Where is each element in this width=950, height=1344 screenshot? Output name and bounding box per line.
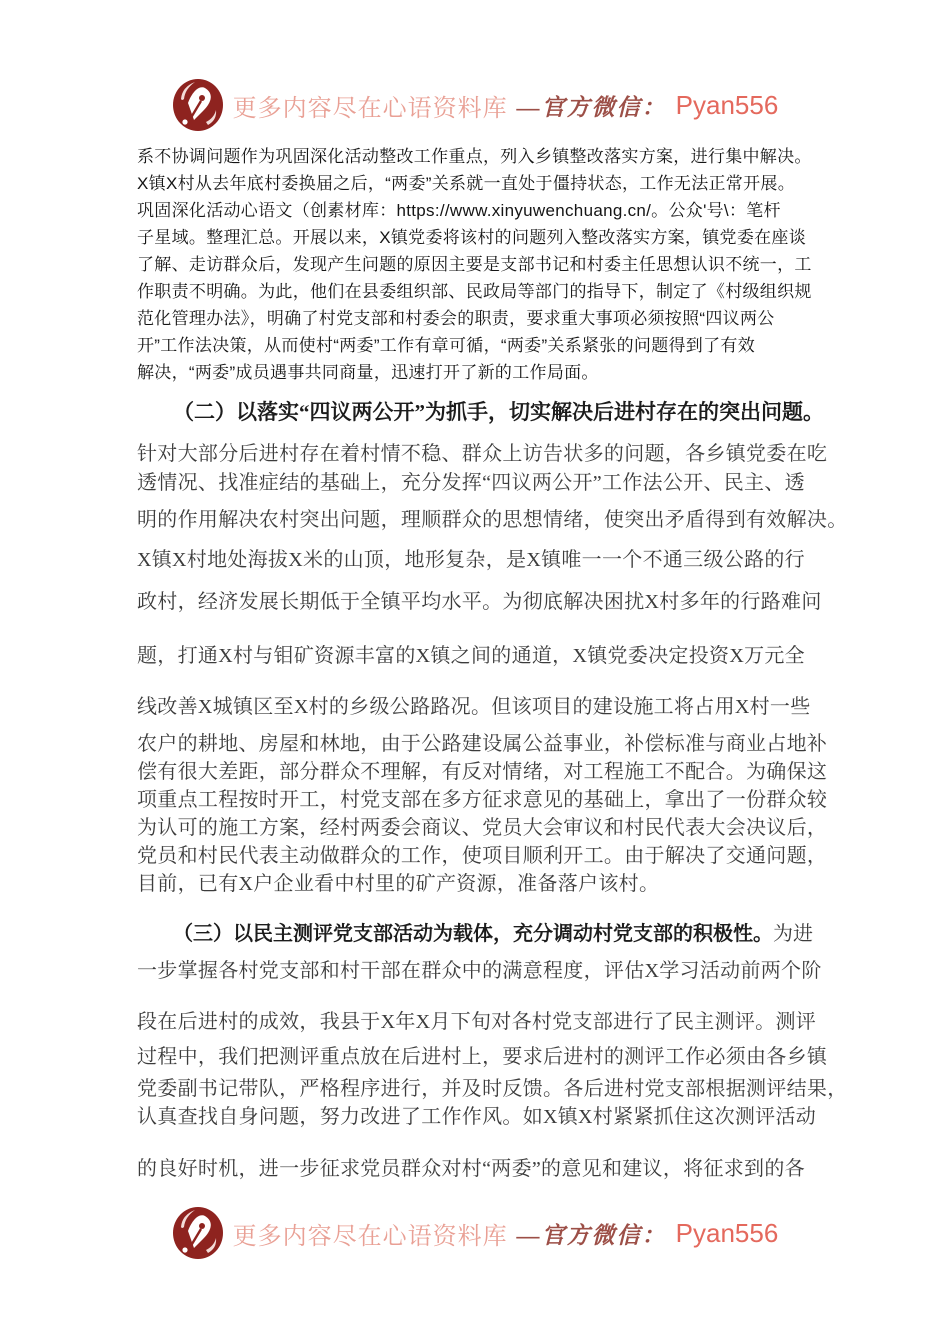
brand-wechat-id: Pyan556 xyxy=(676,1218,779,1249)
pen-nib-logo-icon xyxy=(172,1206,224,1260)
text-line: 一步掌握各村党支部和村干部在群众中的满意程度，评估X学习活动前两个阶 xyxy=(137,957,825,985)
paragraph-2: 针对大部分后进村存在着村情不稳、群众上访告状多的问题，各乡镇党委在吃透情况、找准… xyxy=(137,440,825,898)
text-line: 认真查找自身问题，努力改进了工作作风。如X镇X村紧紧抓住这次测评活动 xyxy=(137,1103,825,1131)
section-heading-3: （三）以民主测评党支部活动为载体，充分调动村党支部的积极性。 xyxy=(173,923,773,945)
text-line: 为认可的施工方案，经村两委会商议、党员大会审议和村民代表大会决议后， xyxy=(137,814,825,842)
text-line: 针对大部分后进村存在着村情不稳、群众上访告状多的问题，各乡镇党委在吃 xyxy=(137,440,825,468)
paragraph-1: 系不协调问题作为巩固深化活动整改工作重点，列入乡镇整改落实方案，进行集中解决。X… xyxy=(137,143,825,386)
text-line: 了解、走访群众后，发现产生问题的原因主要是支部书记和村委主任思想认识不统一，工 xyxy=(137,251,825,278)
brand-wechat-id: Pyan556 xyxy=(676,90,779,121)
header-brand-bar: 更多内容尽在心语资料库 —官方微信： Pyan556 xyxy=(0,76,950,134)
text-line: 党委副书记带队，严格程序进行，并及时反馈。各后进村党支部根据测评结果， xyxy=(137,1075,825,1103)
text-line: 明的作用解决农村突出问题，理顺群众的思想情绪，使突出矛盾得到有效解决。 xyxy=(137,506,825,534)
paragraph-3: 一步掌握各村党支部和村干部在群众中的满意程度，评估X学习活动前两个阶段在后进村的… xyxy=(137,957,825,1183)
footer-brand-bar: 更多内容尽在心语资料库 —官方微信： Pyan556 xyxy=(0,1204,950,1262)
text-line: 的良好时机，进一步征求党员群众对村“两委”的意见和建议，将征求到的各 xyxy=(137,1155,825,1183)
text-line: 系不协调问题作为巩固深化活动整改工作重点，列入乡镇整改落实方案，进行集中解决。 xyxy=(137,143,825,170)
text-line: 过程中，我们把测评重点放在后进村上，要求后进村的测评工作必须由各乡镇 xyxy=(137,1043,825,1071)
text-line: 线改善X城镇区至X村的乡级公路路况。但该项目的建设施工将占用X村一些 xyxy=(137,693,825,721)
document-body: 系不协调问题作为巩固深化活动整改工作重点，列入乡镇整改落实方案，进行集中解决。X… xyxy=(137,143,825,1183)
text-line: 政村，经济发展长期低于全镇平均水平。为彻底解决困扰X村多年的行路难问 xyxy=(137,588,825,616)
text-line: 开”工作法决策，从而使村“两委”工作有章可循，“两委”关系紧张的问题得到了有效 xyxy=(137,332,825,359)
text-line: X镇X村从去年底村委换届之后，“两委”关系就一直处于僵持状态，工作无法正常开展。 xyxy=(137,170,825,197)
brand-wechat-label: —官方微信： xyxy=(517,1217,667,1250)
text-line: 偿有很大差距，部分群众不理解，有反对情绪，对工程施工不配合。为确保这 xyxy=(137,758,825,786)
text-line: 农户的耕地、房屋和林地，由于公路建设属公益事业，补偿标准与商业占地补 xyxy=(137,730,825,758)
text-line: 目前，已有X户企业看中村里的矿产资源，准备落户该村。 xyxy=(137,870,825,898)
text-line: 子星域。整理汇总。开展以来，X镇党委将该村的问题列入整改落实方案，镇党委在座谈 xyxy=(137,224,825,251)
text-line: X镇X村地处海拔X米的山顶，地形复杂，是X镇唯一一个不通三级公路的行 xyxy=(137,546,825,574)
text-line: 题，打通X村与钼矿资源丰富的X镇之间的通道，X镇党委决定投资X万元全 xyxy=(137,642,825,670)
pen-nib-logo-icon xyxy=(172,78,224,132)
text-line: 解决，“两委”成员遇事共同商量，迅速打开了新的工作局面。 xyxy=(137,359,825,386)
text-line: 作职责不明确。为此，他们在县委组织部、民政局等部门的指导下，制定了《村级组织规 xyxy=(137,278,825,305)
text-line: 巩固深化活动心语文（创素材库：https://www.xinyuwenchuan… xyxy=(137,197,825,224)
brand-text: 更多内容尽在心语资料库 xyxy=(233,1216,508,1251)
text-line: 项重点工程按时开工，村党支部在多方征求意见的基础上，拿出了一份群众较 xyxy=(137,786,825,814)
text-line: 党员和村民代表主动做群众的工作，使项目顺利开工。由于解决了交通问题， xyxy=(137,842,825,870)
brand-wechat-label: —官方微信： xyxy=(517,89,667,122)
text-line: 段在后进村的成效，我县于X年X月下旬对各村党支部进行了民主测评。测评 xyxy=(137,1008,825,1036)
section-heading-2: （二）以落实“四议两公开”为抓手，切实解决后进村存在的突出问题。 xyxy=(137,398,825,426)
brand-text: 更多内容尽在心语资料库 xyxy=(233,88,508,123)
text-line: 透情况、找准症结的基础上，充分发挥“四议两公开”工作法公开、民主、透 xyxy=(137,469,825,497)
heading-3-continuation: 为进 xyxy=(773,923,813,945)
text-line: 范化管理办法》，明确了村党支部和村委会的职责，要求重大事项必须按照“四议两公 xyxy=(137,305,825,332)
section-heading-3-line: （三）以民主测评党支部活动为载体，充分调动村党支部的积极性。为进 xyxy=(137,920,825,948)
